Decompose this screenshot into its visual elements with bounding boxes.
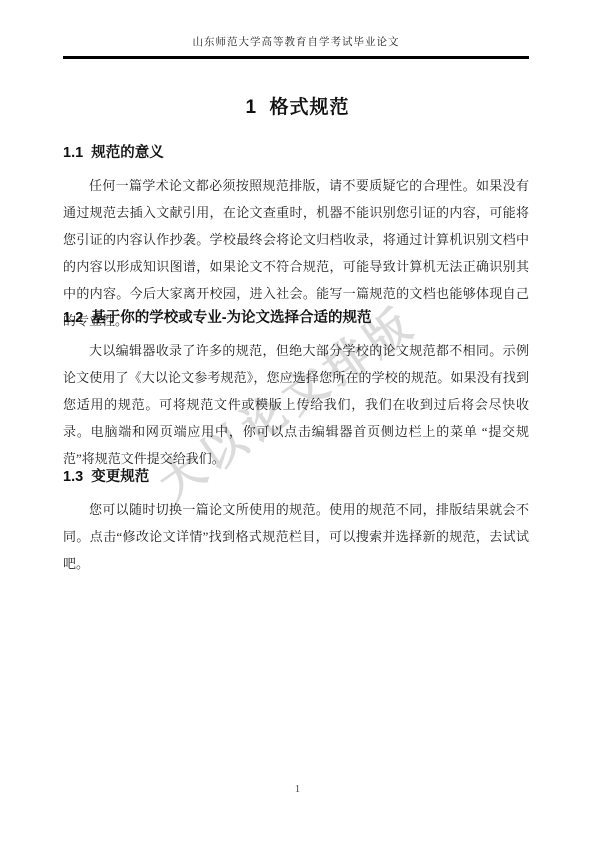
running-header: 山东师范大学高等教育自学考试毕业论文 [63,34,529,49]
page-number: 1 [0,784,595,795]
section-body-1-2: 大以编辑器收录了许多的规范，但绝大部分学校的论文规范都不相同。示例论文使用了《大… [63,337,529,472]
section-heading-1-1: 1.1 规范的意义 [63,141,529,162]
section-heading-1-3: 1.3 变更规范 [63,465,529,486]
section-heading-1-2: 1.2 基于你的学校或专业-为论文选择合适的规范 [63,306,529,327]
header-rule [63,56,529,59]
chapter-title: 1 格式规范 [0,92,595,119]
thesis-page: 山东师范大学高等教育自学考试毕业论文 大以论文排版 1 格式规范 1.1 规范的… [0,0,595,842]
section-body-1-3: 您可以随时切换一篇论文所使用的规范。使用的规范不同，排版结果就会不同。点击“修改… [63,496,529,577]
